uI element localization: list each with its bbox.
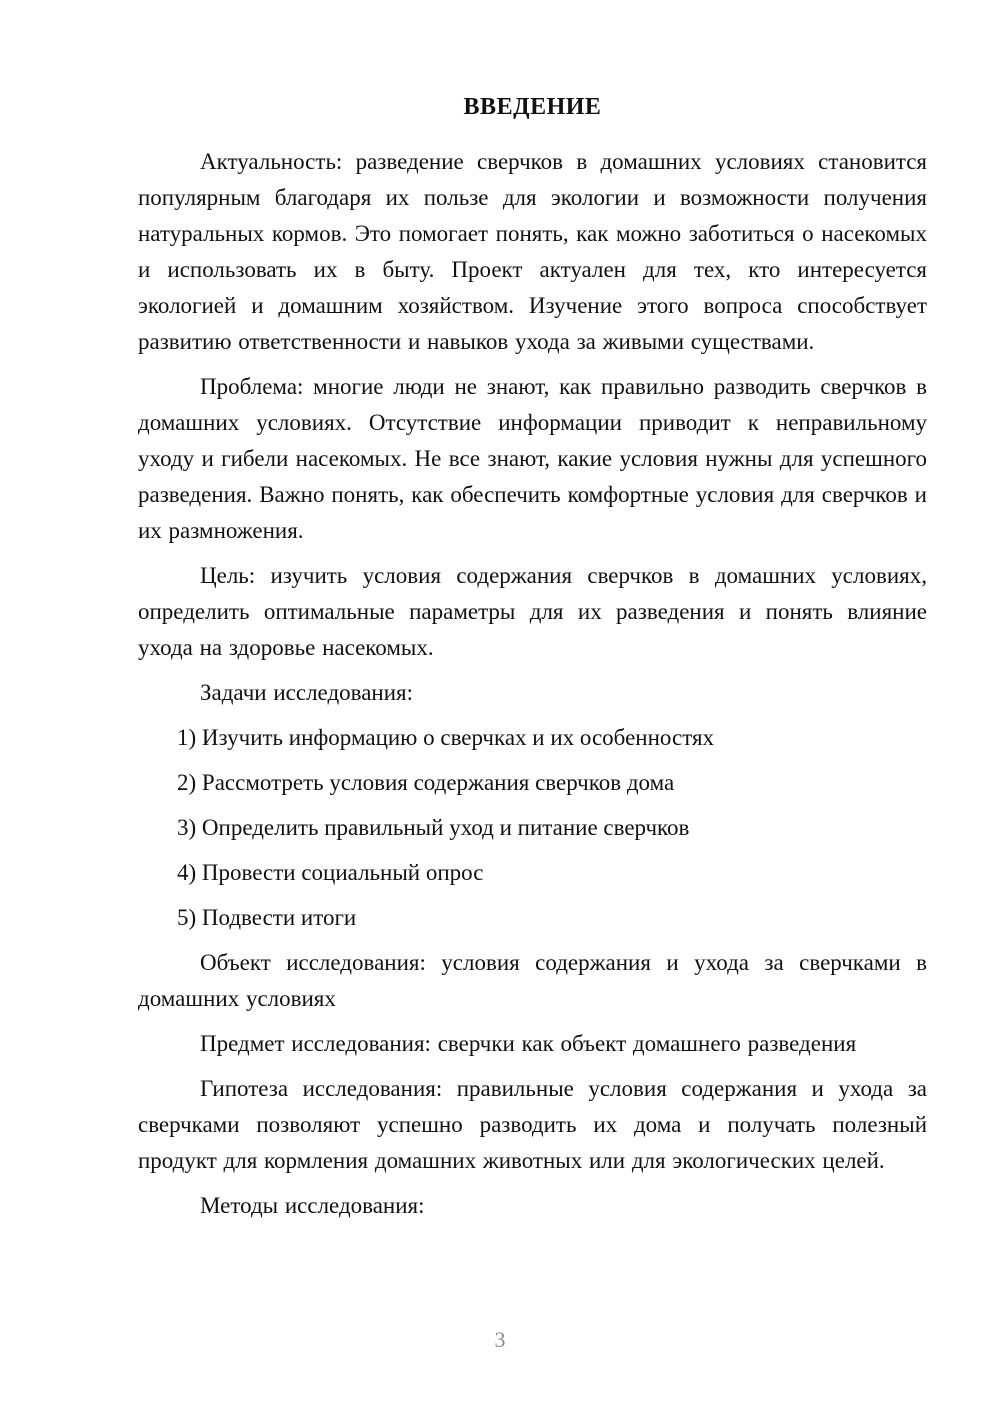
task-item-3: 3) Определить правильный уход и питание … (177, 810, 927, 846)
paragraph-goal: Цель: изучить условия содержания сверчко… (138, 558, 927, 666)
paragraph-object: Объект исследования: условия содержания … (138, 945, 927, 1017)
paragraph-subject: Предмет исследования: сверчки как объект… (138, 1026, 927, 1062)
task-item-1: 1) Изучить информацию о сверчках и их ос… (177, 720, 927, 756)
task-list: 1) Изучить информацию о сверчках и их ос… (138, 720, 927, 936)
document-page: ВВЕДЕНИЕ Актуальность: разведение сверчк… (0, 0, 1000, 1414)
task-item-5: 5) Подвести итоги (177, 900, 927, 936)
paragraph-actuality: Актуальность: разведение сверчков в дома… (138, 144, 927, 360)
paragraph-hypothesis: Гипотеза исследования: правильные услови… (138, 1071, 927, 1179)
tasks-heading: Задачи исследования: (138, 675, 927, 711)
task-item-2: 2) Рассмотреть условия содержания сверчк… (177, 765, 927, 801)
task-item-4: 4) Провести социальный опрос (177, 855, 927, 891)
page-title: ВВЕДЕНИЕ (138, 92, 927, 122)
page-number: 3 (0, 1326, 1000, 1354)
methods-heading: Методы исследования: (138, 1188, 927, 1224)
paragraph-problem: Проблема: многие люди не знают, как прав… (138, 369, 927, 549)
